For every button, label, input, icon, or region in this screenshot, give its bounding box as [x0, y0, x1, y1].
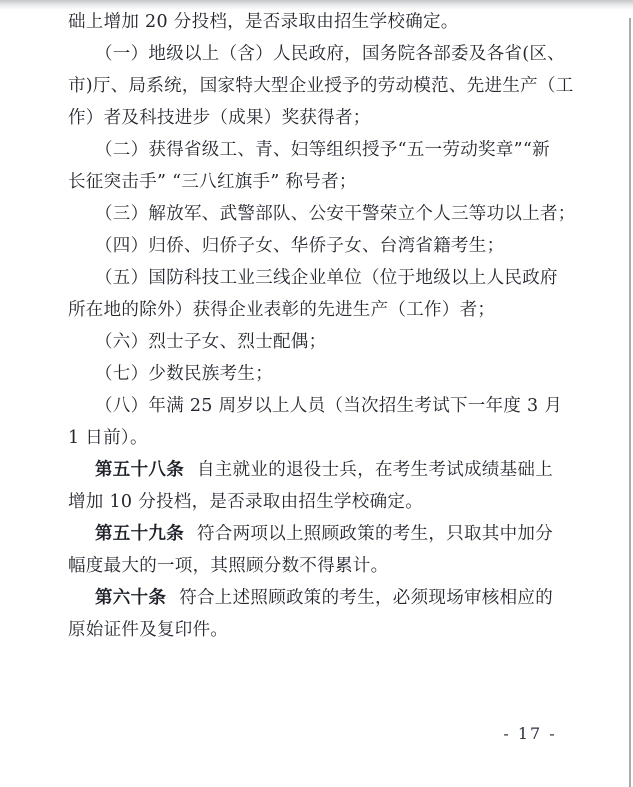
article-number: 第五十九条 [95, 524, 184, 544]
document-body: 础上增加 20 分投档，是否录取由招生学校确定。（一）地级以上（含）人民政府，国… [68, 6, 564, 646]
article-number: 第六十条 [95, 588, 166, 608]
text-line: 增加 10 分投档，是否录取由招生学校确定。 [68, 486, 564, 518]
text-line: （八）年满 25 周岁以上人员（当次招生考试下一年度 3 月 [68, 390, 564, 422]
text-line: 原始证件及复印件。 [68, 614, 564, 646]
text-line: （二）获得省级工、青、妇等组织授予“五一劳动奖章”“新 [68, 134, 564, 166]
text-line: 第五十八条自主就业的退役士兵，在考生考试成绩基础上 [68, 454, 564, 486]
text-line: （一）地级以上（含）人民政府，国务院各部委及各省(区、 [68, 38, 564, 70]
text-line: （四）归侨、归侨子女、华侨子女、台湾省籍考生； [68, 230, 564, 262]
text-line: 作）者及科技进步（成果）奖获得者； [68, 102, 564, 134]
text-line: （七）少数民族考生； [68, 358, 564, 390]
article-number: 第五十八条 [95, 460, 184, 480]
text-line: 长征突击手” “三八红旗手” 称号者； [68, 166, 564, 198]
text-line: （五）国防科技工业三线企业单位（位于地级以上人民政府 [68, 262, 564, 294]
text-line: 1 日前）。 [68, 422, 564, 454]
document-page: 础上增加 20 分投档，是否录取由招生学校确定。（一）地级以上（含）人民政府，国… [0, 0, 633, 787]
text-line: 第五十九条符合两项以上照顾政策的考生，只取其中加分 [68, 518, 564, 550]
text-line: 第六十条符合上述照顾政策的考生，必须现场审核相应的 [68, 582, 564, 614]
text-line: 础上增加 20 分投档，是否录取由招生学校确定。 [68, 6, 564, 38]
text-line: 所在地的除外）获得企业表彰的先进生产（工作）者； [68, 294, 564, 326]
text-line: （三）解放军、武警部队、公安干警荣立个人三等功以上者； [68, 198, 564, 230]
page-number: - 17 - [455, 724, 605, 744]
scan-right-edge-line [629, 18, 631, 787]
text-line: （六）烈士子女、烈士配偶； [68, 326, 564, 358]
text-line: 幅度最大的一项，其照顾分数不得累计。 [68, 550, 564, 582]
text-line: 市)厅、局系统，国家特大型企业授予的劳动模范、先进生产（工 [68, 70, 564, 102]
